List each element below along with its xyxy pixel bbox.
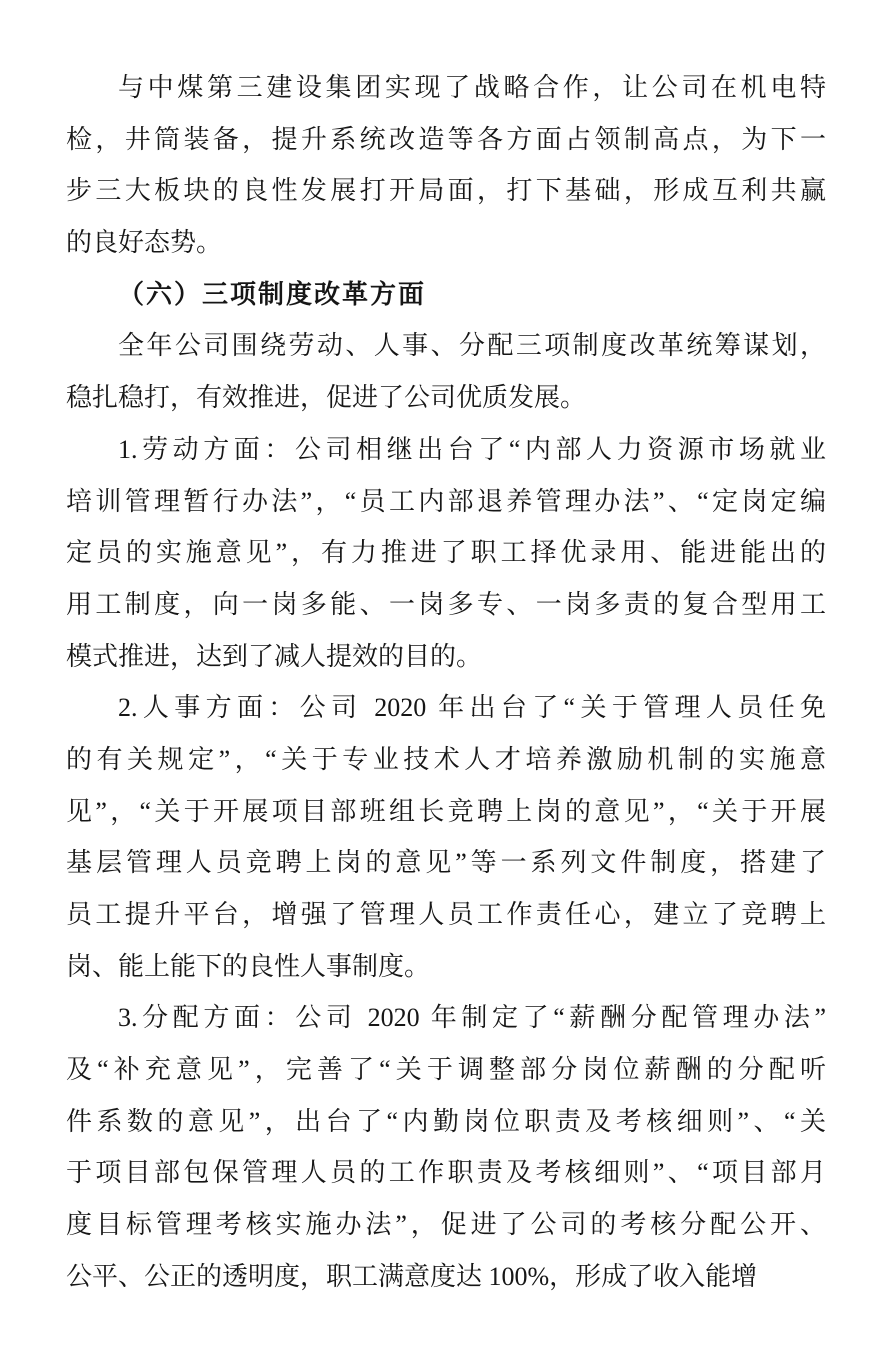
text-line: 定员的实施意见”，有力推进了职工择优录用、能进能出的	[66, 527, 826, 579]
text-line: 培训管理暂行办法”，“员工内部退养管理办法”、“定岗定编	[66, 476, 826, 528]
text-line: 1.劳动方面：公司相继出台了“内部人力资源市场就业	[66, 424, 826, 476]
heading-section-six: （六）三项制度改革方面	[66, 269, 826, 321]
para-reform-overview: 全年公司围绕劳动、人事、分配三项制度改革统筹谋划，稳扎稳打，有效推进，促进了公司…	[66, 320, 826, 423]
text-line: 的有关规定”，“关于专业技术人才培养激励机制的实施意	[66, 734, 826, 786]
text-line: 步三大板块的良性发展打开局面，打下基础，形成互利共赢	[66, 165, 826, 217]
text-line: 与中煤第三建设集团实现了战略合作，让公司在机电特	[66, 62, 826, 114]
text-line: 模式推进，达到了减人提效的目的。	[66, 631, 826, 683]
text-line: 稳扎稳打，有效推进，促进了公司优质发展。	[66, 372, 826, 424]
text-line: 检，井筒装备，提升系统改造等各方面占领制高点，为下一	[66, 114, 826, 166]
text-line: 全年公司围绕劳动、人事、分配三项制度改革统筹谋划，	[66, 320, 826, 372]
text-line: 度目标管理考核实施办法”，促进了公司的考核分配公开、	[66, 1199, 826, 1251]
text-line: 及“补充意见”，完善了“关于调整部分岗位薪酬的分配听	[66, 1044, 826, 1096]
text-line: （六）三项制度改革方面	[66, 269, 826, 321]
text-line: 见”，“关于开展项目部班组长竞聘上岗的意见”，“关于开展	[66, 786, 826, 838]
document-content: 与中煤第三建设集团实现了战略合作，让公司在机电特检，井筒装备，提升系统改造等各方…	[66, 62, 826, 1303]
para-distribution-aspect: 3.分配方面：公司 2020 年制定了“薪酬分配管理办法”及“补充意见”，完善了…	[66, 992, 826, 1302]
text-line: 的良好态势。	[66, 217, 826, 269]
text-line: 基层管理人员竞聘上岗的意见”等一系列文件制度，搭建了	[66, 837, 826, 889]
para-strategic-cooperation: 与中煤第三建设集团实现了战略合作，让公司在机电特检，井筒装备，提升系统改造等各方…	[66, 62, 826, 269]
text-line: 公平、公正的透明度，职工满意度达 100%，形成了收入能增	[66, 1251, 826, 1303]
para-labor-aspect: 1.劳动方面：公司相继出台了“内部人力资源市场就业培训管理暂行办法”，“员工内部…	[66, 424, 826, 682]
text-line: 2.人事方面：公司 2020 年出台了“关于管理人员任免	[66, 682, 826, 734]
text-line: 岗、能上能下的良性人事制度。	[66, 941, 826, 993]
text-line: 员工提升平台，增强了管理人员工作责任心，建立了竞聘上	[66, 889, 826, 941]
text-line: 3.分配方面：公司 2020 年制定了“薪酬分配管理办法”	[66, 992, 826, 1044]
text-line: 件系数的意见”，出台了“内勤岗位职责及考核细则”、“关	[66, 1096, 826, 1148]
text-line: 用工制度，向一岗多能、一岗多专、一岗多责的复合型用工	[66, 579, 826, 631]
para-personnel-aspect: 2.人事方面：公司 2020 年出台了“关于管理人员任免的有关规定”，“关于专业…	[66, 682, 826, 992]
document-page: 与中煤第三建设集团实现了战略合作，让公司在机电特检，井筒装备，提升系统改造等各方…	[0, 0, 891, 1355]
text-line: 于项目部包保管理人员的工作职责及考核细则”、“项目部月	[66, 1147, 826, 1199]
